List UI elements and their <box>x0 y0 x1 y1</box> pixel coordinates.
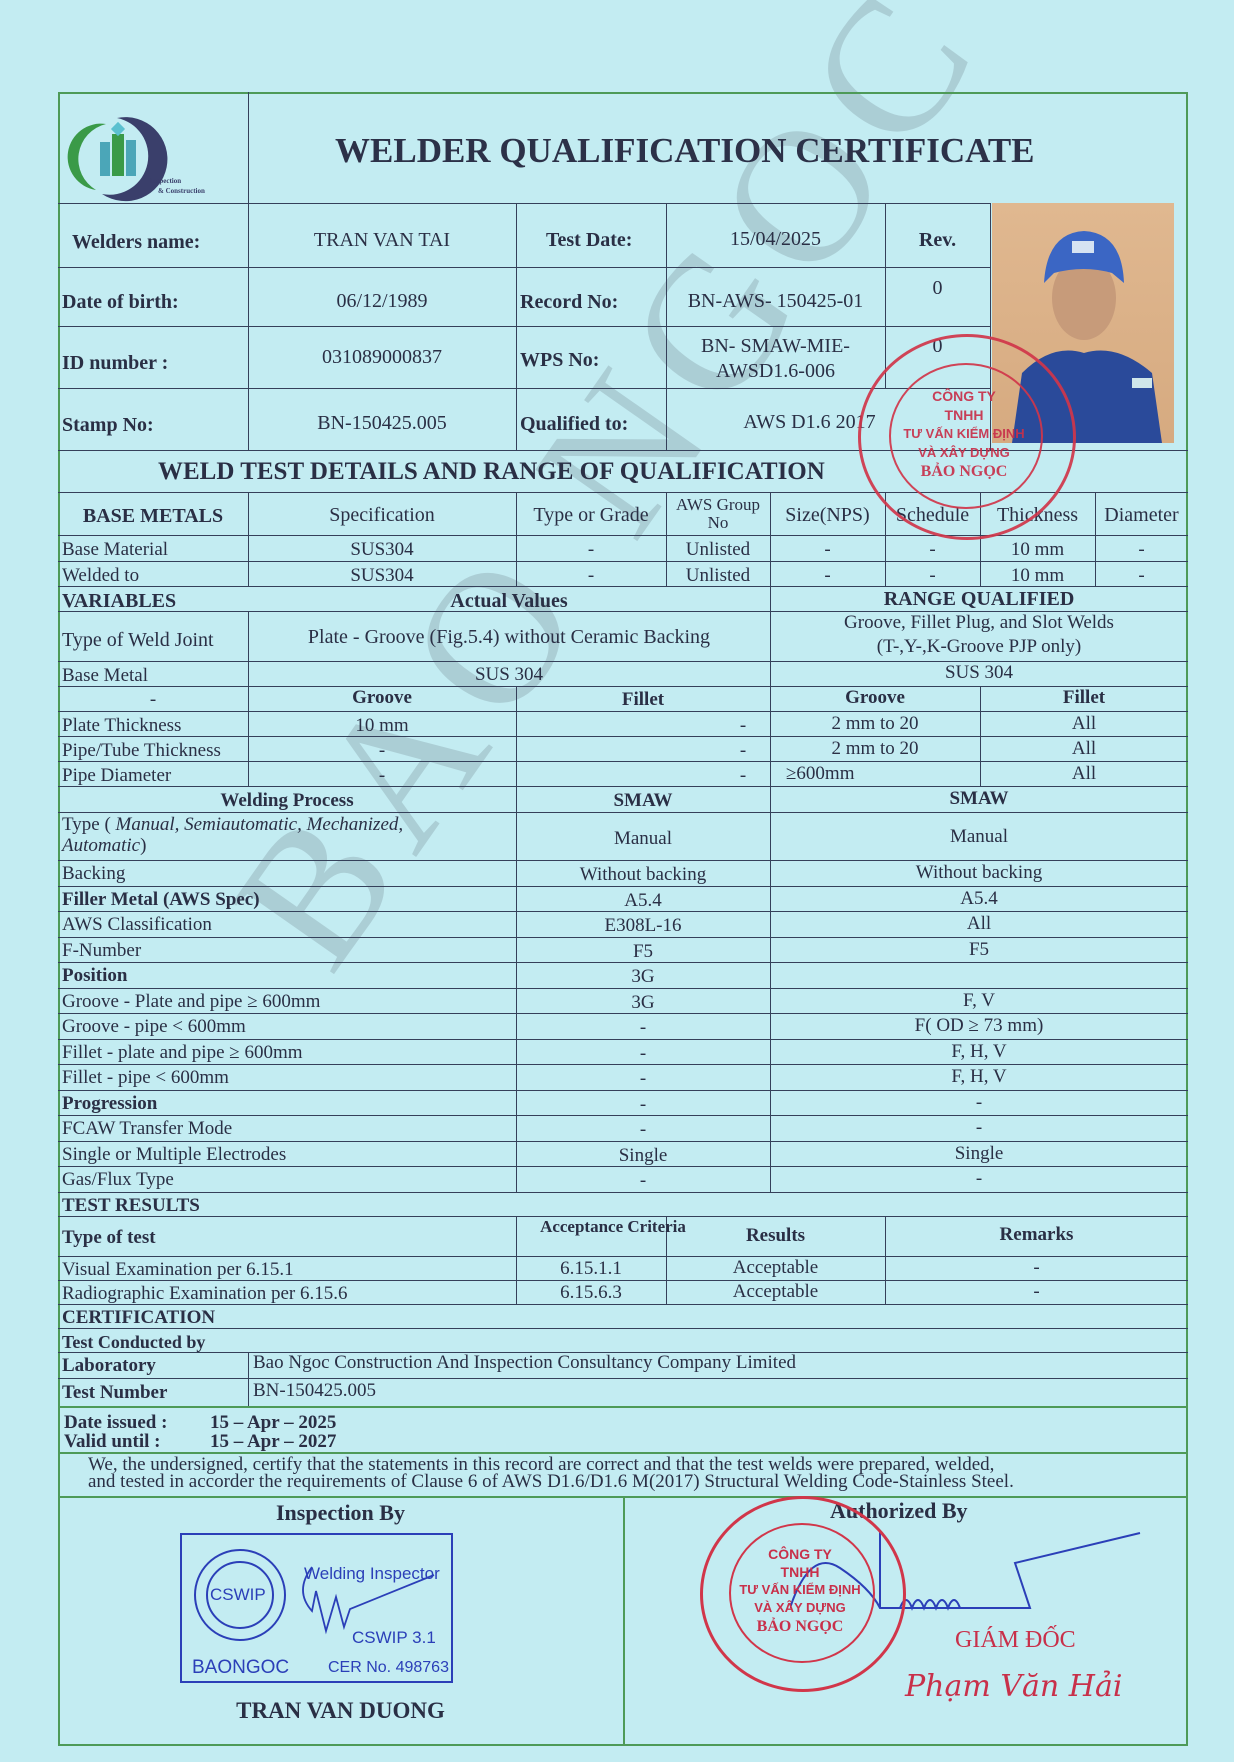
cell: SUS 304 <box>770 663 1188 682</box>
wps-no-label: WPS No: <box>520 350 599 370</box>
test-results-label: TEST RESULTS <box>62 1196 200 1215</box>
row-label: Base Material <box>62 540 168 559</box>
test-date-value: 15/04/2025 <box>666 229 885 249</box>
company-stamp: CÔNG TY TNHH TƯ VẤN KIỂM ĐỊNH VÀ XÂY DỰN… <box>700 1496 906 1692</box>
rev-label: Rev. <box>885 230 990 250</box>
stamp-text: BẢO NGỌC <box>861 464 1067 480</box>
cell: Groove, Fillet Plug, and Slot Welds <box>770 613 1188 632</box>
cswip-level: CSWIP 3.1 <box>352 1629 436 1646</box>
dob-label: Date of birth: <box>62 292 179 312</box>
wps-no-value: AWSD1.6-006 <box>666 361 885 381</box>
document-title: WELDER QUALIFICATION CERTIFICATE <box>335 133 1035 168</box>
cell: SUS304 <box>248 540 516 559</box>
valid-until-value: 15 – Apr – 2027 <box>210 1432 336 1451</box>
label-part: Automatic <box>62 835 140 856</box>
cell: - <box>516 540 666 559</box>
result-value: Acceptable <box>666 1282 885 1301</box>
cell: Manual <box>770 827 1188 846</box>
logo-text: Inspection <box>150 178 181 185</box>
date-issued-value: 15 – Apr – 2025 <box>210 1413 336 1432</box>
cell: - <box>516 566 666 585</box>
section-title: WELD TEST DETAILS AND RANGE OF QUALIFICA… <box>158 459 825 484</box>
stamp-text: CÔNG TY <box>703 1547 897 1561</box>
cell: Plate - Groove (Fig.5.4) without Ceramic… <box>248 627 770 647</box>
cell: - <box>516 1069 770 1088</box>
column-header: Size(NPS) <box>770 505 885 525</box>
label-part: ) <box>140 835 146 856</box>
cell: F5 <box>770 940 1188 959</box>
stamp-no-value: BN-150425.005 <box>248 413 516 433</box>
row-label: Single or Multiple Electrodes <box>62 1145 286 1164</box>
fillet-header: Fillet <box>516 690 770 709</box>
test-number-label: Test Number <box>62 1383 167 1402</box>
cell: SUS 304 <box>248 665 770 684</box>
inspection-by-label: Inspection By <box>58 1502 623 1524</box>
cell: SUS304 <box>248 566 516 585</box>
column-header: Specification <box>248 505 516 525</box>
record-no-value: BN-AWS- 150425-01 <box>666 291 885 311</box>
welders-name-value: TRAN VAN TAI <box>248 230 516 250</box>
row-label: Pipe/Tube Thickness <box>62 741 221 760</box>
cell: - <box>885 566 980 585</box>
label-part: Manual, Semiautomatic, Mechanized, <box>116 814 404 835</box>
welders-name-label: Welders name: <box>72 232 200 252</box>
row-label: Base Metal <box>62 666 148 685</box>
cell: Unlisted <box>666 540 770 559</box>
cell: - <box>1095 540 1188 559</box>
stamp-text: TƯ VẤN KIỂM ĐỊNH <box>861 427 1067 440</box>
rev-value: 0 <box>885 278 990 298</box>
row-label: Fillet - plate and pipe ≥ 600mm <box>62 1043 303 1062</box>
director-title: GIÁM ĐỐC <box>955 1628 1076 1652</box>
cell: Manual <box>516 829 770 848</box>
laboratory-value: Bao Ngoc Construction And Inspection Con… <box>253 1353 796 1372</box>
cell: E308L-16 <box>516 916 770 935</box>
record-no-label: Record No: <box>520 292 618 312</box>
cell: Unlisted <box>666 566 770 585</box>
statement-text: and tested in accorder the requirements … <box>88 1472 1014 1491</box>
director-name: Phạm Văn Hải <box>905 1672 1122 1702</box>
stamp-text: TNHH <box>703 1565 897 1579</box>
actual-values-header: Actual Values <box>248 591 770 611</box>
row-label: Plate Thickness <box>62 716 181 735</box>
cell: 10 mm <box>980 566 1095 585</box>
qualified-to-label: Qualified to: <box>520 414 628 434</box>
cell: F( OD ≥ 73 mm) <box>770 1016 1188 1035</box>
cell: Without backing <box>516 865 770 884</box>
stamp-text: VÀ XÂY DỰNG <box>861 446 1067 459</box>
cell: - <box>58 690 248 709</box>
column-header: Results <box>666 1226 885 1245</box>
certification-label: CERTIFICATION <box>62 1308 215 1327</box>
column-header: Remarks <box>885 1225 1188 1244</box>
cell: - <box>516 1095 770 1114</box>
company-logo: Inspection & Construction <box>62 110 242 202</box>
cell: 3G <box>516 967 770 986</box>
column-header: AWS Group No <box>666 496 770 532</box>
cell: - <box>516 1018 770 1037</box>
stamp-company: BAONGOC <box>192 1658 289 1677</box>
test-conducted-by-label: Test Conducted by <box>62 1333 205 1351</box>
stamp-no-label: Stamp No: <box>62 415 154 435</box>
row-label: Type ( Manual, Semiautomatic, Mechanized… <box>62 815 403 834</box>
row-label: Radiographic Examination per 6.15.6 <box>62 1284 347 1303</box>
column-header: Type of test <box>62 1228 156 1247</box>
label-part: Type ( <box>62 814 116 835</box>
groove-header: Groove <box>248 688 516 707</box>
cell: 2 mm to 20 <box>770 714 980 733</box>
cell: - <box>248 741 516 760</box>
process-range: SMAW <box>770 789 1188 808</box>
cell: F5 <box>516 942 770 961</box>
test-date-label: Test Date: <box>546 230 632 250</box>
cell: All <box>770 914 1188 933</box>
cell: - <box>770 1118 1188 1137</box>
row-label: Automatic) <box>62 836 146 855</box>
cell: - <box>885 540 980 559</box>
cell: - <box>770 1169 1188 1188</box>
id-number-value: 031089000837 <box>248 347 516 367</box>
stamp-text: TƯ VẤN KIỂM ĐỊNH <box>703 1583 897 1596</box>
cell: 10 mm <box>980 540 1095 559</box>
cell: - <box>516 1120 770 1139</box>
row-label: Groove - Plate and pipe ≥ 600mm <box>62 992 320 1011</box>
cell: Without backing <box>770 863 1188 882</box>
cell: Single <box>516 1146 770 1165</box>
test-number-value: BN-150425.005 <box>253 1381 376 1400</box>
row-label: Filler Metal (AWS Spec) <box>62 890 260 909</box>
row-label: Fillet - pipe < 600mm <box>62 1068 229 1087</box>
cell: 6.15.6.3 <box>516 1283 666 1302</box>
cell: 10 mm <box>248 716 516 735</box>
cell: F, H, V <box>770 1042 1188 1061</box>
cell: F, V <box>770 991 1188 1010</box>
fillet-header: Fillet <box>980 688 1188 707</box>
welding-process-label: Welding Process <box>58 791 516 810</box>
row-label: Pipe Diameter <box>62 766 171 785</box>
cell: (T-,Y-,K-Groove PJP only) <box>770 637 1188 656</box>
row-label: Welded to <box>62 566 139 585</box>
cell: Single <box>770 1144 1188 1163</box>
wps-no-value: BN- SMAW-MIE- <box>666 336 885 356</box>
cell: - <box>770 1093 1188 1112</box>
cell: 3G <box>516 993 770 1012</box>
row-label: Gas/Flux Type <box>62 1170 174 1189</box>
cell: - <box>770 566 885 585</box>
cell: - <box>248 766 516 785</box>
cswip-logo-text: CSWIP <box>210 1586 266 1603</box>
row-label: AWS Classification <box>62 915 212 934</box>
valid-until-label: Valid until : <box>64 1432 160 1451</box>
dob-value: 06/12/1989 <box>248 291 516 311</box>
cell: All <box>980 764 1188 783</box>
cell: - <box>516 1044 770 1063</box>
cell: A5.4 <box>516 891 770 910</box>
inspector-name: TRAN VAN DUONG <box>58 1699 623 1722</box>
row-label: Type of Weld Joint <box>62 630 214 650</box>
stamp-text: CÔNG TY <box>861 389 1067 403</box>
cell: 2 mm to 20 <box>770 739 980 758</box>
date-issued-label: Date issued : <box>64 1413 167 1432</box>
column-header: Diameter <box>1095 505 1188 525</box>
groove-header: Groove <box>770 688 980 707</box>
cert-number: CER No. 498763 <box>328 1660 449 1676</box>
cell: - <box>516 1171 770 1190</box>
row-label: FCAW Transfer Mode <box>62 1119 232 1138</box>
process-actual: SMAW <box>516 791 770 810</box>
variables-label: VARIABLES <box>62 591 176 611</box>
cell: - <box>770 540 885 559</box>
row-label: Backing <box>62 864 125 883</box>
stamp-text: VÀ XÂY DỰNG <box>703 1601 897 1614</box>
cell: - <box>1095 566 1188 585</box>
column-header: Type or Grade <box>516 505 666 525</box>
cell: ≥600mm <box>786 764 855 783</box>
row-label: Groove - pipe < 600mm <box>62 1017 246 1036</box>
cell: - <box>885 1282 1188 1301</box>
logo-text: & Construction <box>158 188 205 195</box>
stamp-text: TNHH <box>861 408 1067 422</box>
company-stamp: CÔNG TY TNHH TƯ VẤN KIỂM ĐỊNH VÀ XÂY DỰN… <box>858 334 1076 540</box>
inspector-stamp: CSWIP Welding Inspector CSWIP 3.1 BAONGO… <box>180 1533 453 1683</box>
id-number-label: ID number : <box>62 353 168 373</box>
cell: A5.4 <box>770 889 1188 908</box>
stamp-text: BẢO NGỌC <box>703 1619 897 1635</box>
base-metals-header: BASE METALS <box>58 506 248 526</box>
row-label: Position <box>62 966 127 985</box>
row-label: F-Number <box>62 941 141 960</box>
cell: All <box>980 739 1188 758</box>
range-qualified-header: RANGE QUALIFIED <box>770 589 1188 609</box>
row-label: Visual Examination per 6.15.1 <box>62 1260 294 1279</box>
result-value: Acceptable <box>666 1258 885 1277</box>
cell: 6.15.1.1 <box>516 1259 666 1278</box>
cell: All <box>980 714 1188 733</box>
cell: F, H, V <box>770 1067 1188 1086</box>
cell: - <box>885 1258 1188 1277</box>
row-label: Progression <box>62 1094 157 1113</box>
laboratory-label: Laboratory <box>62 1356 156 1375</box>
